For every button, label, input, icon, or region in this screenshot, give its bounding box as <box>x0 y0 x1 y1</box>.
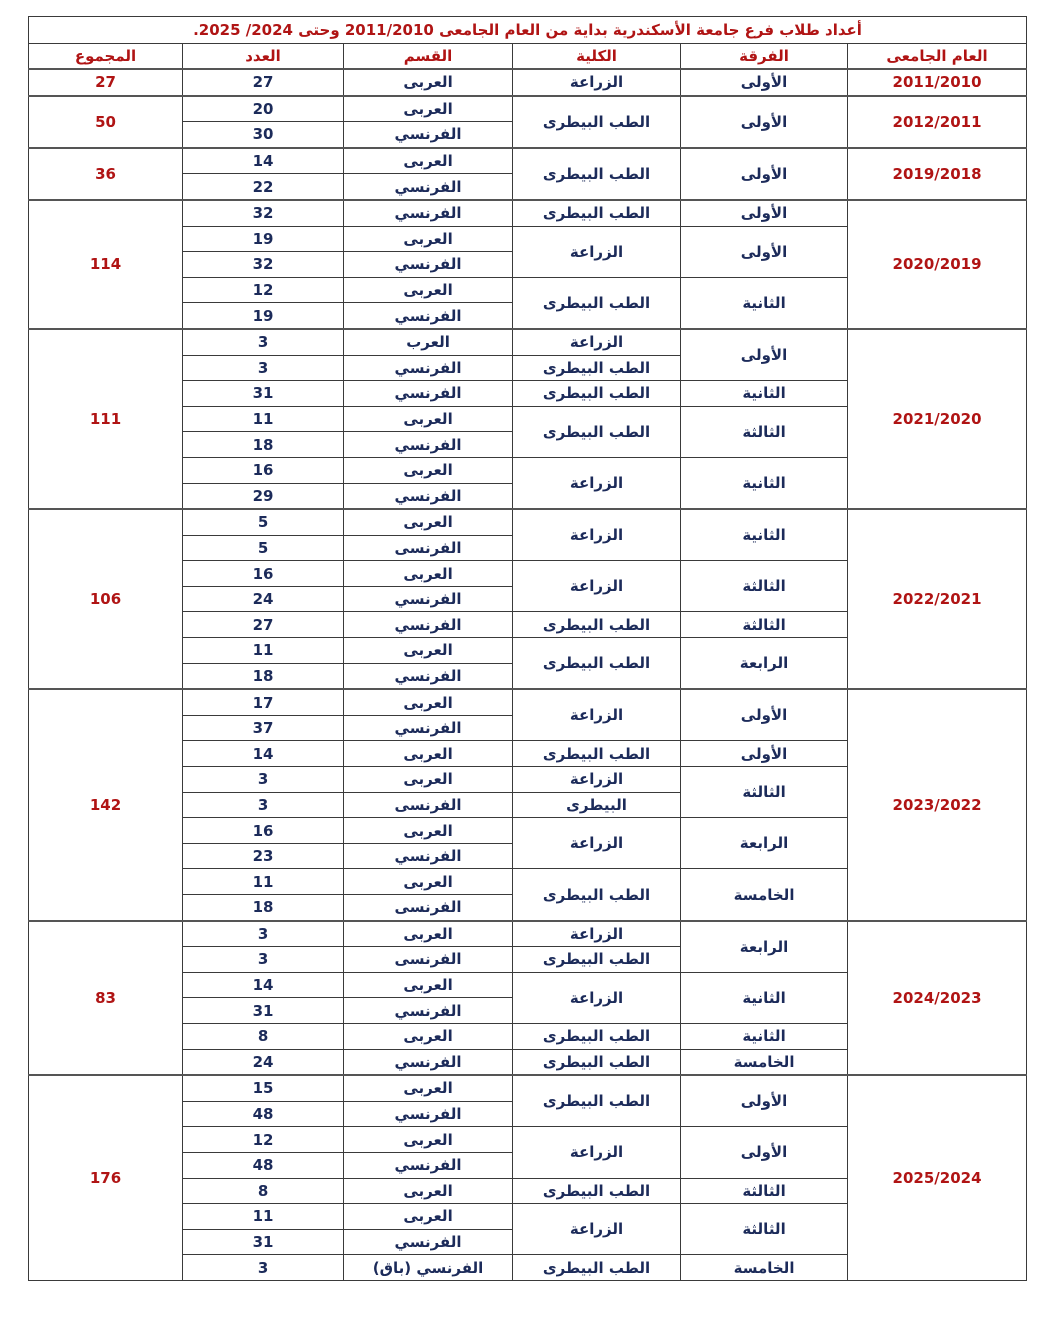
section-cell: الفرنسى <box>344 535 513 561</box>
section-cell: الفرنسي <box>344 1101 513 1127</box>
count-cell: 3 <box>183 792 344 818</box>
section-cell: الفرنسي <box>344 483 513 509</box>
level-cell: الثالثة <box>681 1204 848 1255</box>
header-section: القسم <box>344 44 513 70</box>
level-cell: الثالثة <box>681 561 848 612</box>
section-cell: الفرنسي (باق) <box>344 1255 513 1281</box>
count-cell: 14 <box>183 972 344 998</box>
level-cell: الأولى <box>681 96 848 148</box>
faculty-cell: الطب البيطرى <box>513 277 681 329</box>
count-cell: 3 <box>183 947 344 973</box>
section-cell: الفرنسي <box>344 381 513 407</box>
section-cell: الفرنسي <box>344 1152 513 1178</box>
count-cell: 22 <box>183 174 344 200</box>
level-cell: الرابعة <box>681 638 848 690</box>
count-cell: 14 <box>183 148 344 174</box>
faculty-cell: الطب البيطرى <box>513 1255 681 1281</box>
faculty-cell: الطب البيطرى <box>513 612 681 638</box>
table-row: 2019/2018الأولىالطب البيطرىالعربى1436 <box>29 148 1027 174</box>
section-cell: العربى <box>344 509 513 535</box>
faculty-cell: الزراعة <box>513 329 681 355</box>
students-table: أعداد طلاب فرع جامعة الأسكندرية بداية من… <box>28 16 1027 1281</box>
faculty-cell: الطب البيطرى <box>513 200 681 226</box>
section-cell: الفرنسي <box>344 174 513 200</box>
faculty-cell: الزراعة <box>513 1127 681 1178</box>
header-level: الفرقة <box>681 44 848 70</box>
level-cell: الخامسة <box>681 1049 848 1075</box>
faculty-cell: الزراعة <box>513 561 681 612</box>
section-cell: العربى <box>344 561 513 587</box>
faculty-cell: الطب البيطرى <box>513 381 681 407</box>
faculty-cell: الطب البيطرى <box>513 741 681 767</box>
count-cell: 3 <box>183 355 344 381</box>
academic-year-cell: 2012/2011 <box>848 96 1027 148</box>
section-cell: العربى <box>344 277 513 303</box>
faculty-cell: الطب البيطرى <box>513 355 681 381</box>
section-cell: العربى <box>344 1075 513 1101</box>
academic-year-cell: 2019/2018 <box>848 148 1027 200</box>
count-cell: 3 <box>183 1255 344 1281</box>
academic-year-cell: 2022/2021 <box>848 509 1027 689</box>
table-row: 2022/2021الثانيةالزراعةالعربى5106 <box>29 509 1027 535</box>
faculty-cell: الزراعة <box>513 226 681 277</box>
section-cell: الفرنسي <box>344 998 513 1024</box>
count-cell: 17 <box>183 689 344 715</box>
section-cell: العربى <box>344 148 513 174</box>
section-cell: العرب <box>344 329 513 355</box>
count-cell: 11 <box>183 406 344 432</box>
academic-year-cell: 2011/2010 <box>848 69 1027 96</box>
section-cell: الفرنسي <box>344 303 513 329</box>
count-cell: 37 <box>183 715 344 741</box>
section-cell: العربى <box>344 406 513 432</box>
count-cell: 23 <box>183 843 344 869</box>
count-cell: 12 <box>183 1127 344 1153</box>
faculty-cell: الزراعة <box>513 818 681 869</box>
academic-year-cell: 2024/2023 <box>848 921 1027 1076</box>
level-cell: الأولى <box>681 69 848 96</box>
count-cell: 3 <box>183 329 344 355</box>
count-cell: 8 <box>183 1178 344 1204</box>
level-cell: الثالثة <box>681 612 848 638</box>
academic-year-cell: 2025/2024 <box>848 1075 1027 1280</box>
level-cell: الأولى <box>681 329 848 381</box>
count-cell: 16 <box>183 818 344 844</box>
section-cell: العربى <box>344 69 513 96</box>
level-cell: الأولى <box>681 226 848 277</box>
count-cell: 11 <box>183 638 344 664</box>
header-total: المجموع <box>29 44 183 70</box>
academic-year-cell: 2023/2022 <box>848 689 1027 920</box>
faculty-cell: الطب البيطرى <box>513 148 681 200</box>
level-cell: الأولى <box>681 1127 848 1178</box>
level-cell: الثالثة <box>681 406 848 457</box>
level-cell: الثانية <box>681 457 848 509</box>
section-cell: العربى <box>344 818 513 844</box>
group-total-cell: 111 <box>29 329 183 509</box>
level-cell: الأولى <box>681 689 848 741</box>
faculty-cell: الطب البيطرى <box>513 406 681 457</box>
count-cell: 27 <box>183 612 344 638</box>
level-cell: الثالثة <box>681 1178 848 1204</box>
count-cell: 8 <box>183 1023 344 1049</box>
count-cell: 18 <box>183 895 344 921</box>
section-cell: الفرنسي <box>344 355 513 381</box>
section-cell: الفرنسى <box>344 895 513 921</box>
group-total-cell: 176 <box>29 1075 183 1280</box>
count-cell: 29 <box>183 483 344 509</box>
count-cell: 20 <box>183 96 344 122</box>
count-cell: 19 <box>183 303 344 329</box>
count-cell: 48 <box>183 1101 344 1127</box>
faculty-cell: الطب البيطرى <box>513 638 681 690</box>
table-row: 2021/2020الأولىالزراعةالعرب3111 <box>29 329 1027 355</box>
section-cell: الفرنسي <box>344 1049 513 1075</box>
faculty-cell: الزراعة <box>513 972 681 1023</box>
count-cell: 3 <box>183 921 344 947</box>
faculty-cell: الطب البيطرى <box>513 1075 681 1127</box>
academic-year-cell: 2020/2019 <box>848 200 1027 329</box>
count-cell: 31 <box>183 1229 344 1255</box>
count-cell: 27 <box>183 69 344 96</box>
faculty-cell: الزراعة <box>513 767 681 793</box>
group-total-cell: 114 <box>29 200 183 329</box>
table-body: 2011/2010الأولىالزراعةالعربى27272012/201… <box>29 69 1027 1280</box>
group-total-cell: 36 <box>29 148 183 200</box>
table-row: 2012/2011الأولىالطب البيطرىالعربى2050 <box>29 96 1027 122</box>
section-cell: العربى <box>344 96 513 122</box>
level-cell: الثالثة <box>681 767 848 818</box>
level-cell: الثانية <box>681 277 848 329</box>
section-cell: العربى <box>344 1178 513 1204</box>
level-cell: الأولى <box>681 1075 848 1127</box>
count-cell: 30 <box>183 122 344 148</box>
count-cell: 12 <box>183 277 344 303</box>
section-cell: العربى <box>344 638 513 664</box>
group-total-cell: 27 <box>29 69 183 96</box>
count-cell: 5 <box>183 509 344 535</box>
faculty-cell: الطب البيطرى <box>513 947 681 973</box>
faculty-cell: الزراعة <box>513 921 681 947</box>
count-cell: 48 <box>183 1152 344 1178</box>
level-cell: الثانية <box>681 509 848 561</box>
section-cell: العربى <box>344 741 513 767</box>
level-cell: الرابعة <box>681 921 848 973</box>
faculty-cell: الزراعة <box>513 689 681 741</box>
faculty-cell: الطب البيطرى <box>513 1049 681 1075</box>
section-cell: العربى <box>344 869 513 895</box>
group-total-cell: 142 <box>29 689 183 920</box>
count-cell: 16 <box>183 561 344 587</box>
section-cell: العربى <box>344 767 513 793</box>
section-cell: الفرنسي <box>344 586 513 612</box>
table-row: 2011/2010الأولىالزراعةالعربى2727 <box>29 69 1027 96</box>
count-cell: 19 <box>183 226 344 252</box>
count-cell: 31 <box>183 998 344 1024</box>
faculty-cell: الزراعة <box>513 69 681 96</box>
level-cell: الرابعة <box>681 818 848 869</box>
faculty-cell: الزراعة <box>513 509 681 561</box>
count-cell: 18 <box>183 663 344 689</box>
header-row: العام الجامعى الفرقة الكلية القسم العدد … <box>29 44 1027 70</box>
section-cell: العربى <box>344 1023 513 1049</box>
table-row: 2023/2022الأولىالزراعةالعربى17142 <box>29 689 1027 715</box>
count-cell: 24 <box>183 1049 344 1075</box>
count-cell: 14 <box>183 741 344 767</box>
section-cell: العربى <box>344 921 513 947</box>
header-faculty: الكلية <box>513 44 681 70</box>
count-cell: 18 <box>183 432 344 458</box>
section-cell: العربى <box>344 689 513 715</box>
level-cell: الخامسة <box>681 1255 848 1281</box>
count-cell: 5 <box>183 535 344 561</box>
section-cell: الفرنسي <box>344 663 513 689</box>
table-title: أعداد طلاب فرع جامعة الأسكندرية بداية من… <box>29 17 1027 44</box>
faculty-cell: الزراعة <box>513 1204 681 1255</box>
section-cell: الفرنسي <box>344 200 513 226</box>
level-cell: الأولى <box>681 200 848 226</box>
faculty-cell: البيطرى <box>513 792 681 818</box>
faculty-cell: الطب البيطرى <box>513 96 681 148</box>
document: أعداد طلاب فرع جامعة الأسكندرية بداية من… <box>28 16 1026 1281</box>
section-cell: العربى <box>344 457 513 483</box>
count-cell: 31 <box>183 381 344 407</box>
level-cell: الثانية <box>681 381 848 407</box>
level-cell: الثانية <box>681 972 848 1023</box>
level-cell: الأولى <box>681 148 848 200</box>
header-count: العدد <box>183 44 344 70</box>
section-cell: الفرنسي <box>344 1229 513 1255</box>
count-cell: 32 <box>183 252 344 278</box>
count-cell: 32 <box>183 200 344 226</box>
faculty-cell: الطب البيطرى <box>513 1023 681 1049</box>
section-cell: العربى <box>344 1204 513 1230</box>
section-cell: الفرنسى <box>344 947 513 973</box>
section-cell: الفرنسي <box>344 252 513 278</box>
faculty-cell: الطب البيطرى <box>513 1178 681 1204</box>
count-cell: 11 <box>183 1204 344 1230</box>
faculty-cell: الطب البيطرى <box>513 869 681 921</box>
count-cell: 24 <box>183 586 344 612</box>
table-row: 2025/2024الأولىالطب البيطرىالعربى15176 <box>29 1075 1027 1101</box>
level-cell: الأولى <box>681 741 848 767</box>
count-cell: 15 <box>183 1075 344 1101</box>
count-cell: 16 <box>183 457 344 483</box>
section-cell: الفرنسي <box>344 122 513 148</box>
section-cell: الفرنسى <box>344 792 513 818</box>
faculty-cell: الزراعة <box>513 457 681 509</box>
level-cell: الثانية <box>681 1023 848 1049</box>
table-row: 2020/2019الأولىالطب البيطرىالفرنسي32114 <box>29 200 1027 226</box>
header-year: العام الجامعى <box>848 44 1027 70</box>
group-total-cell: 83 <box>29 921 183 1076</box>
group-total-cell: 50 <box>29 96 183 148</box>
section-cell: العربى <box>344 972 513 998</box>
count-cell: 3 <box>183 767 344 793</box>
section-cell: العربى <box>344 1127 513 1153</box>
group-total-cell: 106 <box>29 509 183 689</box>
section-cell: العربى <box>344 226 513 252</box>
academic-year-cell: 2021/2020 <box>848 329 1027 509</box>
table-row: 2024/2023الرابعةالزراعةالعربى383 <box>29 921 1027 947</box>
section-cell: الفرنسي <box>344 612 513 638</box>
count-cell: 11 <box>183 869 344 895</box>
section-cell: الفرنسي <box>344 432 513 458</box>
level-cell: الخامسة <box>681 869 848 921</box>
section-cell: الفرنسي <box>344 843 513 869</box>
section-cell: الفرنسي <box>344 715 513 741</box>
